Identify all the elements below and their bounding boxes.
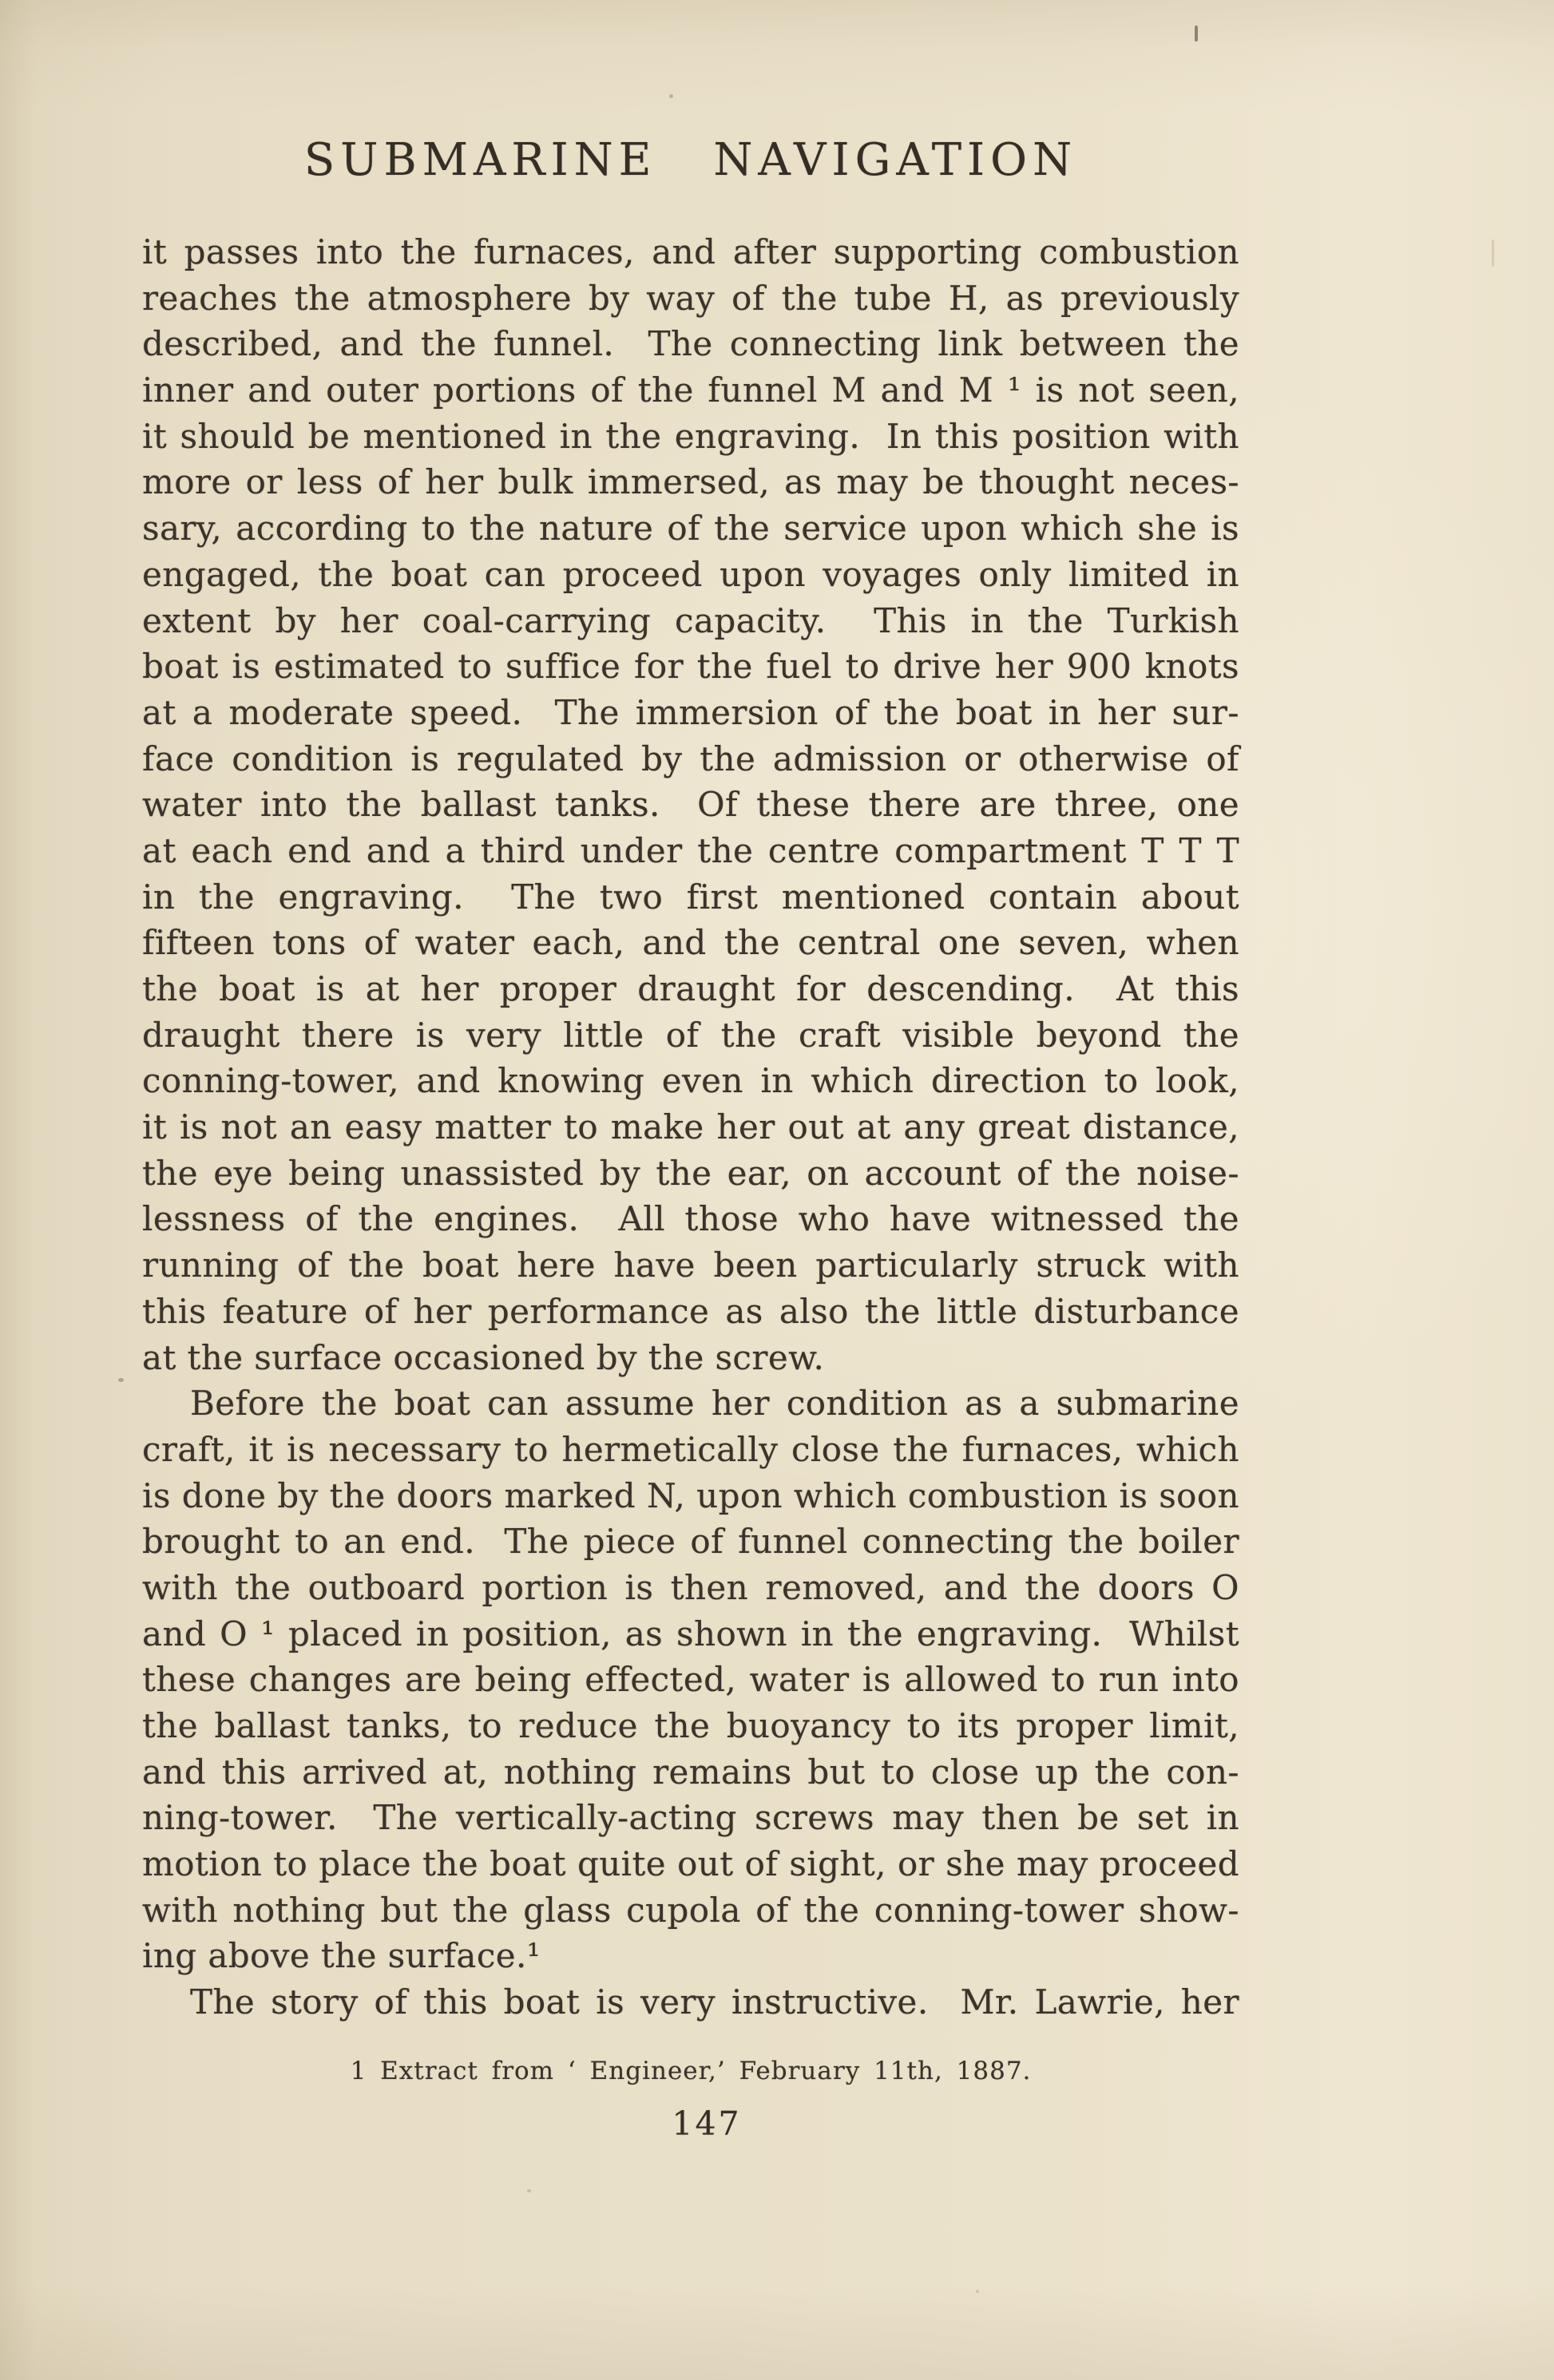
text-line: lessness of the engines. All those who h… [142, 1196, 1239, 1242]
text-line: fifteen tons of water each, and the cent… [142, 920, 1239, 966]
text-line: more or less of her bulk immersed, as ma… [142, 459, 1239, 505]
page-number: 147 [158, 2105, 1255, 2143]
text-line: the ballast tanks, to reduce the buoyanc… [142, 1703, 1239, 1749]
text-line: ning-tower. The vertically-acting screws… [142, 1795, 1239, 1841]
text-line: at a moderate speed. The immersion of th… [142, 690, 1239, 736]
scan-speck [118, 1378, 124, 1382]
text-line: it is not an easy matter to make her out… [142, 1104, 1239, 1150]
scan-speck [1195, 26, 1198, 42]
text-line: in the engraving. The two first mentione… [142, 874, 1239, 921]
page-title: SUBMARINE NAVIGATION [142, 134, 1239, 186]
text-line: draught there is very little of the craf… [142, 1012, 1239, 1059]
text-line: craft, it is necessary to hermetically c… [142, 1427, 1239, 1473]
text-line: it should be mentioned in the engraving.… [142, 414, 1239, 460]
text-line: face condition is regulated by the admis… [142, 736, 1239, 782]
book-page: SUBMARINE NAVIGATION it passes into the … [0, 0, 1554, 2380]
text-line: and this arrived at, nothing remains but… [142, 1749, 1239, 1796]
text-line: extent by her coal-carrying capacity. Th… [142, 598, 1239, 644]
text-line: conning-tower, and knowing even in which… [142, 1058, 1239, 1104]
text-line: these changes are being effected, water … [142, 1657, 1239, 1703]
text-line: boat is estimated to suffice for the fue… [142, 644, 1239, 690]
text-line: Before the boat can assume her condition… [142, 1380, 1239, 1427]
text-line: sary, according to the nature of the ser… [142, 505, 1239, 552]
text-line: running of the boat here have been parti… [142, 1242, 1239, 1289]
text-line: it passes into the furnaces, and after s… [142, 229, 1239, 275]
scan-speck [669, 94, 673, 98]
text-line: ing above the surface.¹ [142, 1933, 1239, 1979]
body-text: it passes into the furnaces, and after s… [142, 229, 1239, 2026]
text-line: at the surface occasioned by the screw. [142, 1335, 1239, 1381]
text-line: motion to place the boat quite out of si… [142, 1841, 1239, 1887]
text-line: is done by the doors marked N, upon whic… [142, 1473, 1239, 1519]
text-line: and O ¹ placed in position, as shown in … [142, 1611, 1239, 1657]
text-line: reaches the atmosphere by way of the tub… [142, 275, 1239, 322]
text-line: The story of this boat is very instructi… [142, 1979, 1239, 2026]
text-line: with the outboard portion is then remove… [142, 1565, 1239, 1611]
text-line: inner and outer portions of the funnel M… [142, 367, 1239, 414]
text-line: the boat is at her proper draught for de… [142, 966, 1239, 1012]
text-line: this feature of her performance as also … [142, 1289, 1239, 1335]
scan-speck [976, 2290, 979, 2293]
text-line: engaged, the boat can proceed upon voyag… [142, 552, 1239, 598]
footnote: 1 Extract from ‘ Engineer,’ February 11t… [142, 2057, 1239, 2085]
text-line: brought to an end. The piece of funnel c… [142, 1519, 1239, 1565]
text-line: the eye being unassisted by the ear, on … [142, 1150, 1239, 1197]
scan-speck [1492, 240, 1494, 267]
scan-speck [527, 2189, 531, 2192]
text-line: with nothing but the glass cupola of the… [142, 1887, 1239, 1934]
text-line: water into the ballast tanks. Of these t… [142, 782, 1239, 828]
text-line: at each end and a third under the centre… [142, 828, 1239, 874]
text-line: described, and the funnel. The connectin… [142, 321, 1239, 367]
